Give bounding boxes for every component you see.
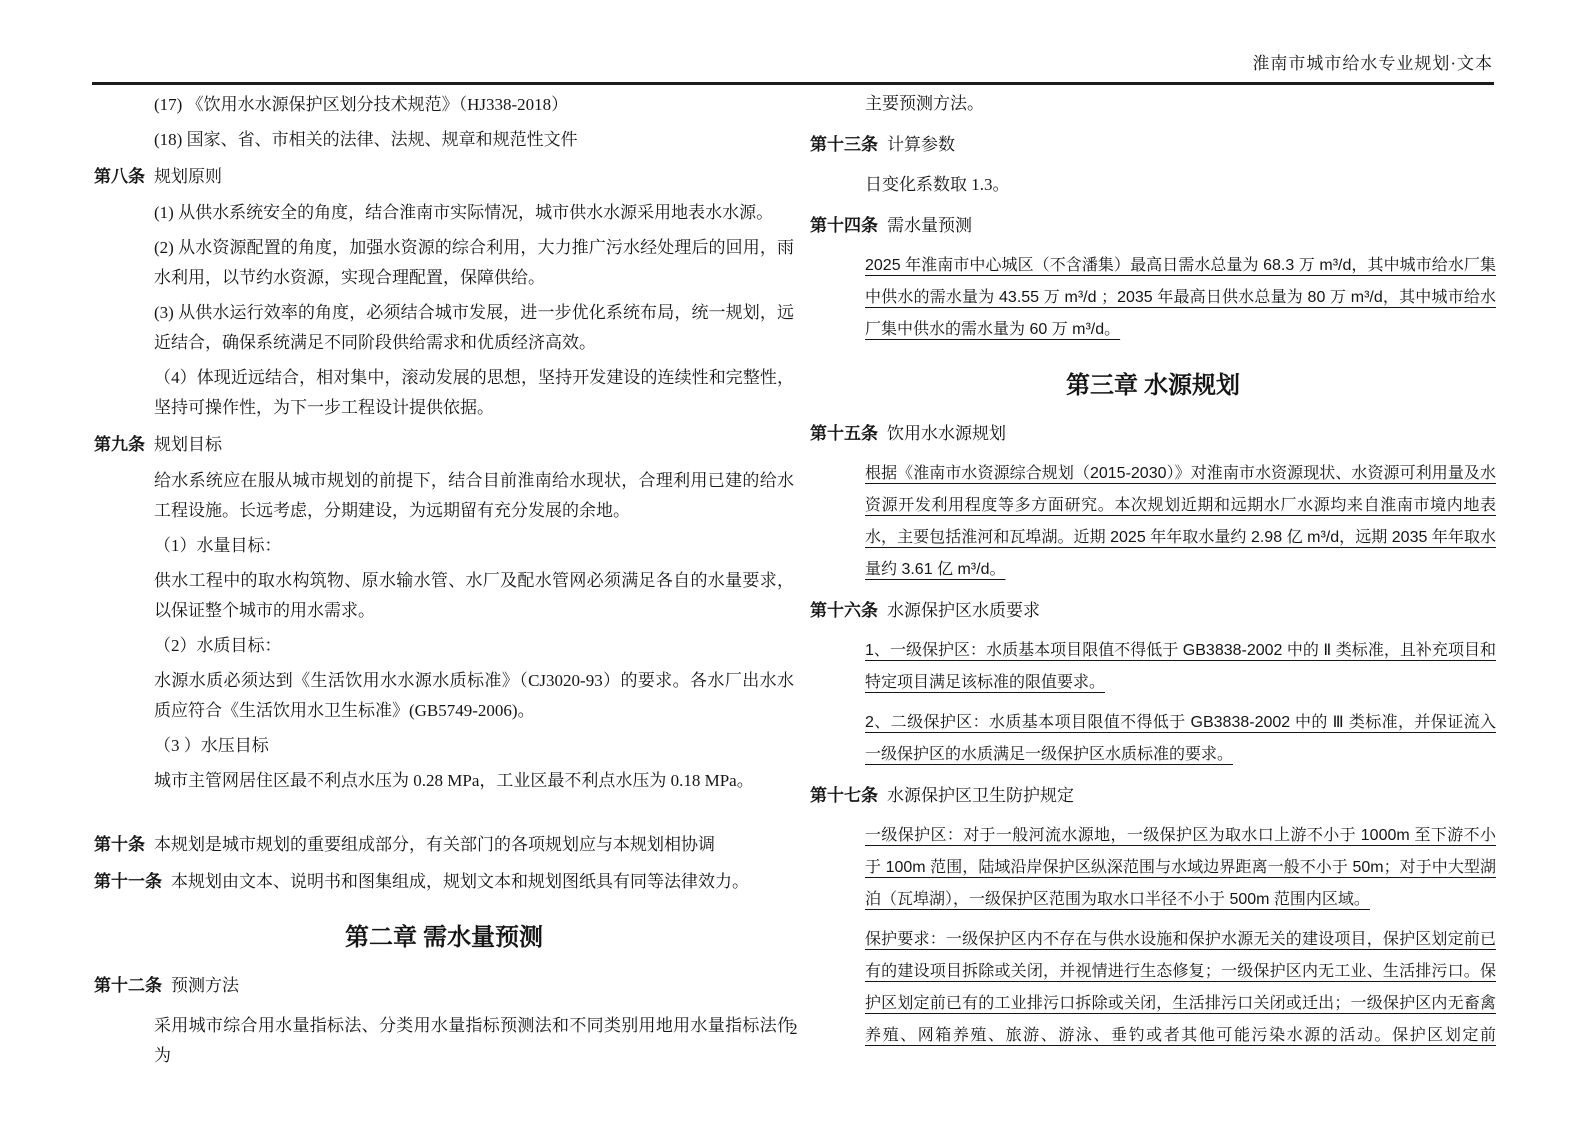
reference-item-17: (17) 《饮用水水源保护区划分技术规范》（HJ338-2018） — [94, 90, 794, 120]
chapter-2-title: 第二章 需水量预测 — [94, 920, 794, 956]
article-14-label: 第十四条 — [810, 216, 878, 235]
article-13-label: 第十三条 — [810, 135, 878, 154]
article-12-title: 预测方法 — [171, 976, 239, 995]
article-14-heading: 第十四条需水量预测 — [810, 210, 1496, 242]
article-15-title: 饮用水水源规划 — [887, 424, 1006, 443]
article-13-heading: 第十三条计算参数 — [810, 129, 1496, 161]
page-number: 2 — [0, 1021, 1587, 1039]
article-16-heading: 第十六条水源保护区水质要求 — [810, 595, 1496, 627]
article-17-heading: 第十七条水源保护区卫生防护规定 — [810, 780, 1496, 812]
article-8-label: 第八条 — [94, 167, 145, 186]
reference-17-number: (17) — [154, 95, 182, 114]
chapter-3-title: 第三章 水源规划 — [810, 368, 1496, 404]
header-rule — [92, 82, 1494, 85]
article-9-paragraph-7: 城市主管网居住区最不利点水压为 0.28 MPa，工业区最不利点水压为 0.18… — [94, 766, 794, 796]
article-12-label: 第十二条 — [94, 976, 162, 995]
article-14-paragraph-underlined: 2025 年淮南市中心城区（不含潘集）最高日需水总量为 68.3 万 m³/d，… — [810, 250, 1496, 346]
left-column: (17) 《饮用水水源保护区划分技术规范》（HJ338-2018） (18) 国… — [94, 90, 794, 1076]
reference-17-text: 《饮用水水源保护区划分技术规范》（HJ338-2018） — [187, 95, 569, 114]
article-9-paragraph-6: （3 ）水压目标 — [94, 731, 794, 761]
article-9-paragraph-3: 供水工程中的取水构筑物、原水输水管、水厂及配水管网必须满足各自的水量要求，以保证… — [94, 566, 794, 626]
article-16-point-2-underlined: 2、二级保护区：水质基本项目限值不得低于 GB3838-2002 中的 Ⅲ 类标… — [810, 707, 1496, 771]
article-8-title: 规划原则 — [154, 167, 222, 186]
article-8-point-4: （4）体现近远结合，相对集中，滚动发展的思想，坚持开发建设的连续性和完整性，坚持… — [94, 363, 794, 423]
article-10-heading: 第十条本规划是城市规划的重要组成部分，有关部门的各项规划应与本规划相协调 — [94, 830, 794, 860]
article-12-paragraph: 采用城市综合用水量指标法、分类用水量指标预测法和不同类别用地用水量指标法作为 — [94, 1011, 794, 1071]
article-8-point-3: (3) 从供水运行效率的角度，必须结合城市发展，进一步优化系统布局，统一规划，远… — [94, 298, 794, 358]
article-16-label: 第十六条 — [810, 601, 878, 620]
article-15-paragraph-underlined: 根据《淮南市水资源综合规划（2015-2030）》对淮南市水资源现状、水资源可利… — [810, 458, 1496, 586]
article-9-paragraph-5: 水源水质必须达到《生活饮用水水源水质标准》（CJ3020-93）的要求。各水厂出… — [94, 666, 794, 726]
article-10-text: 本规划是城市规划的重要组成部分，有关部门的各项规划应与本规划相协调 — [154, 835, 715, 854]
page-header-title: 淮南市城市给水专业规划·文本 — [1252, 49, 1493, 74]
article-8-heading: 第八条规划原则 — [94, 162, 794, 192]
article-15-label: 第十五条 — [810, 424, 878, 443]
article-9-label: 第九条 — [94, 435, 145, 454]
article-13-paragraph: 日变化系数取 1.3。 — [810, 169, 1496, 201]
article-11-text: 本规划由文本、说明书和图集组成，规划文本和规划图纸具有同等法律效力。 — [171, 872, 749, 891]
article-10-label: 第十条 — [94, 835, 145, 854]
article-12-continuation: 主要预测方法。 — [810, 88, 1496, 120]
article-9-heading: 第九条规划目标 — [94, 430, 794, 460]
article-8-point-2: (2) 从水资源配置的角度，加强水资源的综合利用，大力推广污水经处理后的回用，雨… — [94, 233, 794, 293]
reference-item-18: (18) 国家、省、市相关的法律、法规、规章和规范性文件 — [94, 125, 794, 155]
article-9-paragraph-2: （1）水量目标： — [94, 531, 794, 561]
article-14-title: 需水量预测 — [887, 216, 972, 235]
article-11-label: 第十一条 — [94, 872, 162, 891]
reference-18-number: (18) — [154, 130, 182, 149]
article-11-heading: 第十一条本规划由文本、说明书和图集组成，规划文本和规划图纸具有同等法律效力。 — [94, 867, 794, 897]
right-column: 主要预测方法。 第十三条计算参数 日变化系数取 1.3。 第十四条需水量预测 2… — [810, 88, 1496, 1060]
article-16-point-1-underlined: 1、一级保护区：水质基本项目限值不得低于 GB3838-2002 中的 Ⅱ 类标… — [810, 635, 1496, 699]
article-15-heading: 第十五条饮用水水源规划 — [810, 418, 1496, 450]
article-16-title: 水源保护区水质要求 — [887, 601, 1040, 620]
article-13-title: 计算参数 — [887, 135, 955, 154]
article-17-label: 第十七条 — [810, 786, 878, 805]
article-17-title: 水源保护区卫生防护规定 — [887, 786, 1074, 805]
article-12-heading: 第十二条预测方法 — [94, 971, 794, 1001]
reference-18-text: 国家、省、市相关的法律、法规、规章和规范性文件 — [187, 130, 578, 149]
article-17-paragraph-1-underlined: 一级保护区：对于一般河流水源地，一级保护区为取水口上游不小于 1000m 至下游… — [810, 820, 1496, 916]
article-8-point-1: (1) 从供水系统安全的角度，结合淮南市实际情况，城市供水水源采用地表水水源。 — [94, 198, 794, 228]
article-9-paragraph-1: 给水系统应在服从城市规划的前提下，结合目前淮南给水现状，合理利用已建的给水工程设… — [94, 466, 794, 526]
article-9-paragraph-4: （2）水质目标： — [94, 631, 794, 661]
article-9-title: 规划目标 — [154, 435, 222, 454]
